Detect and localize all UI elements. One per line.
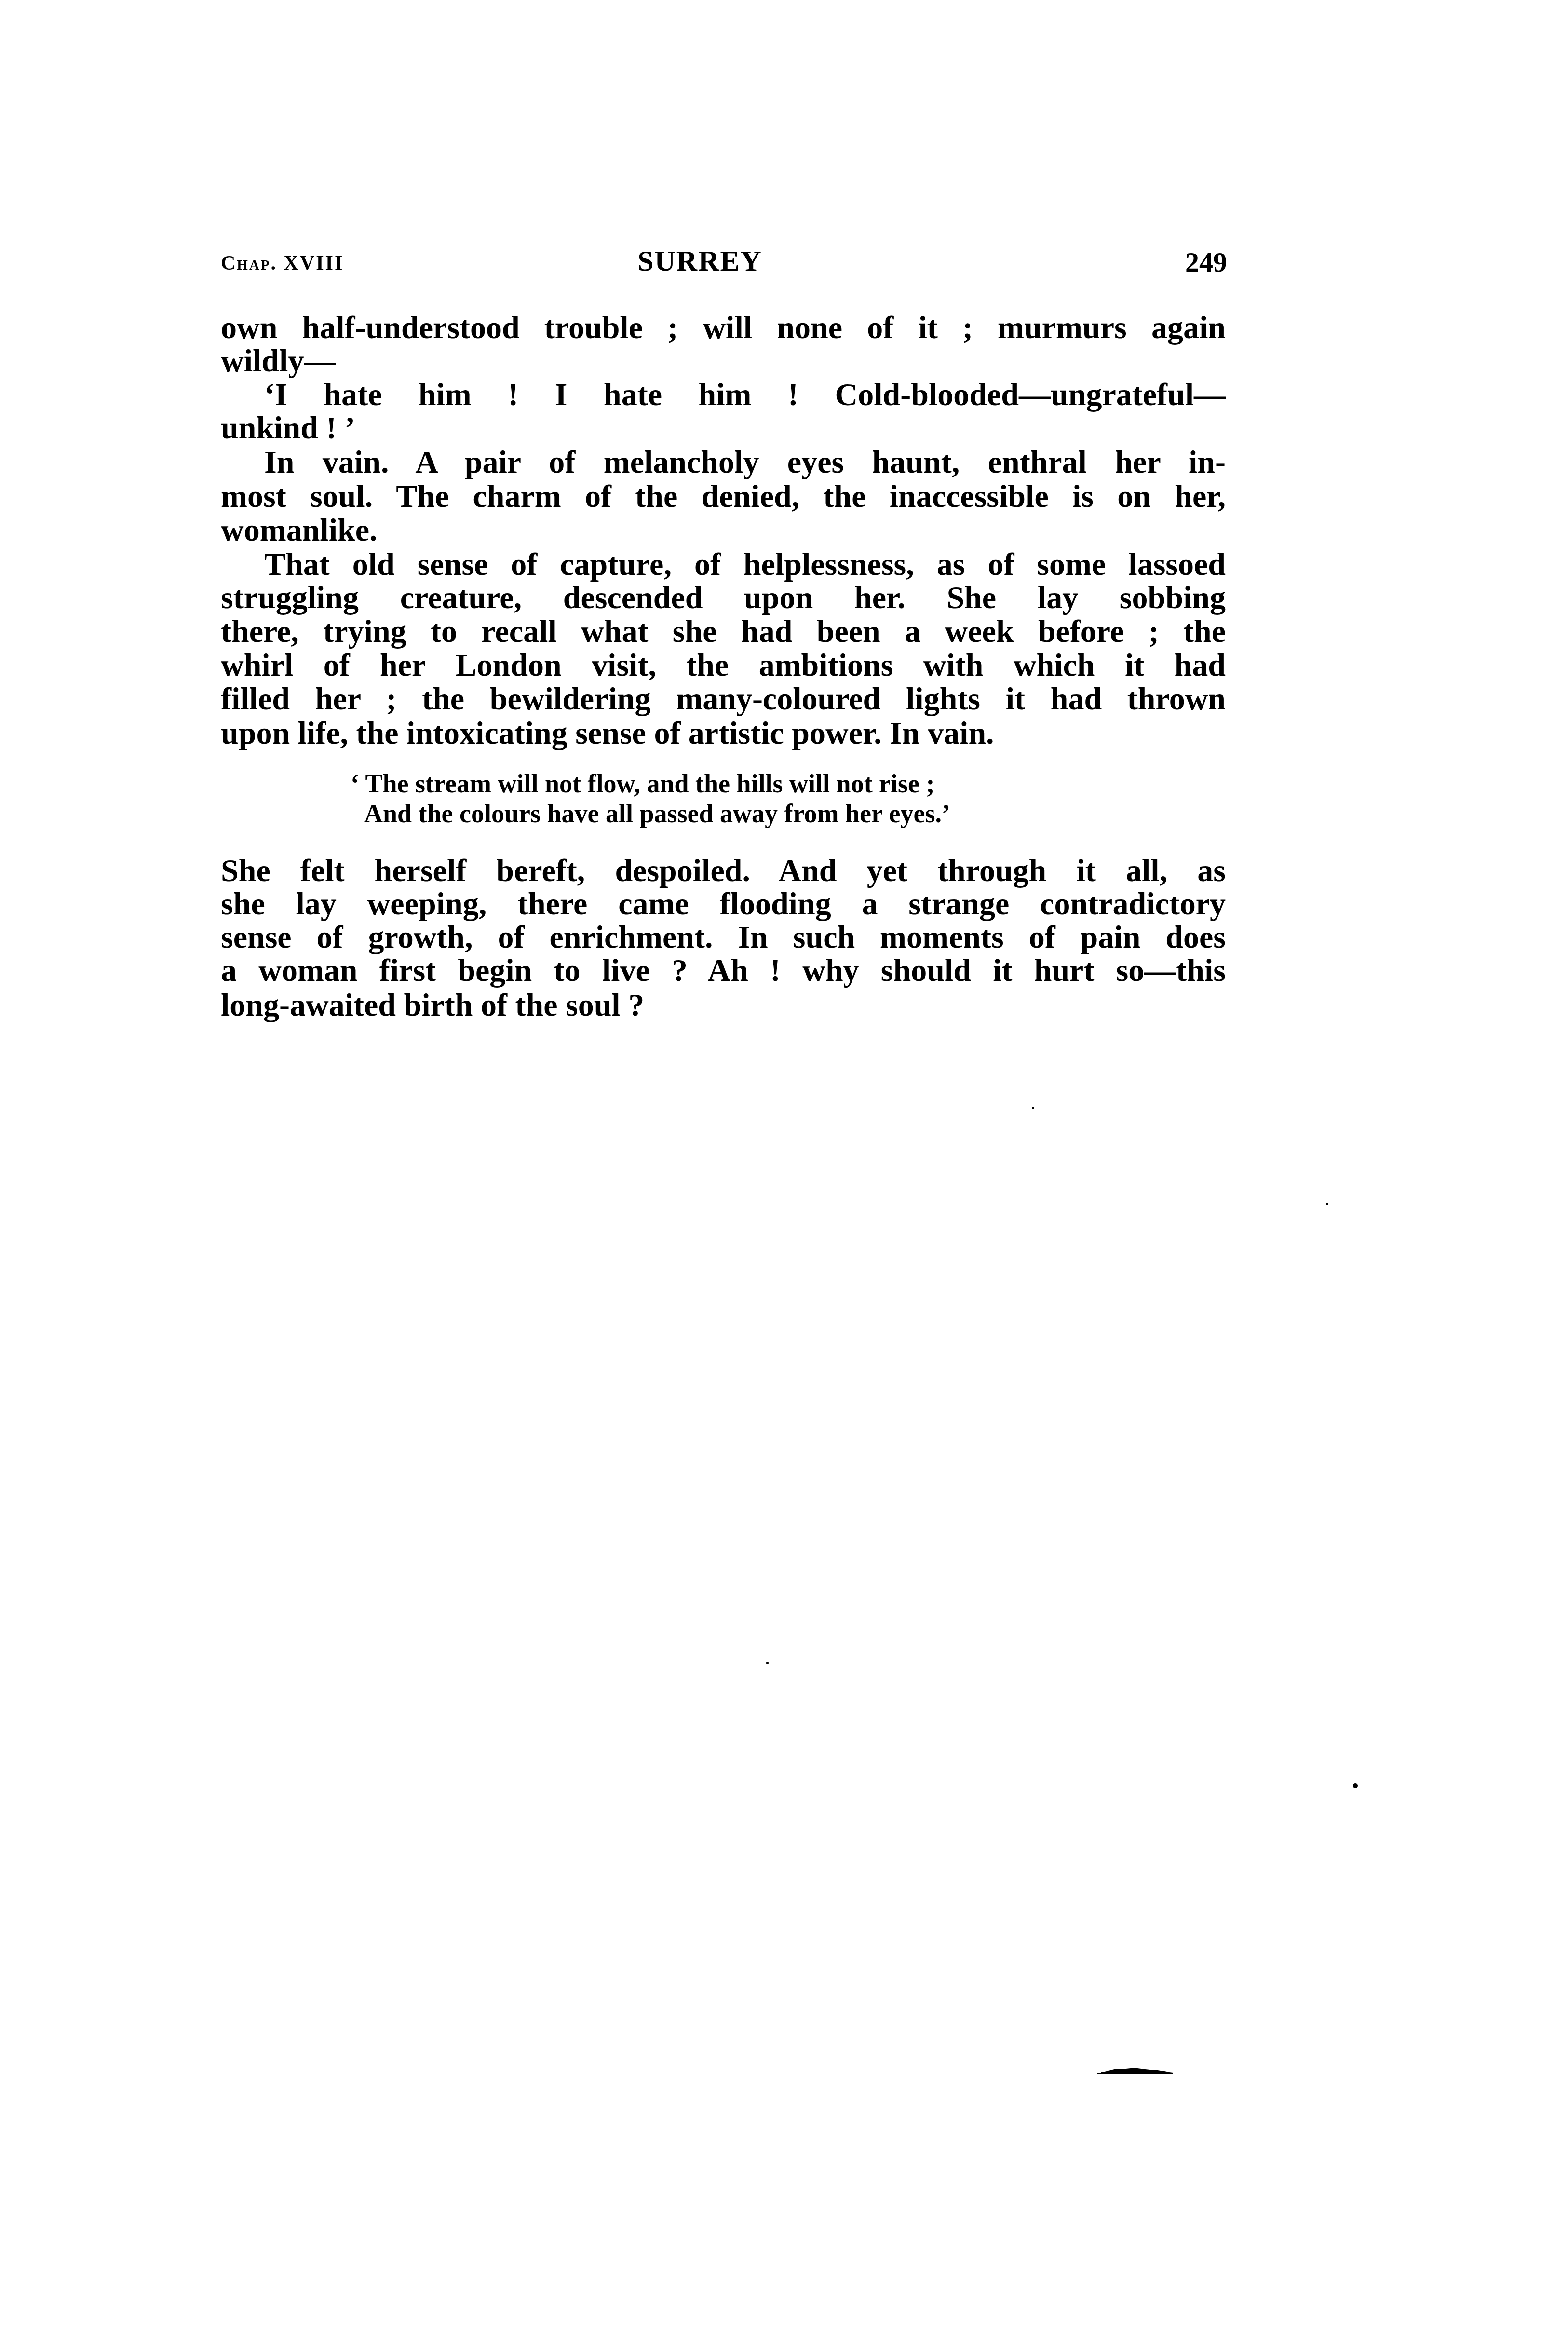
scan-speck xyxy=(1032,1107,1034,1109)
verse-line: And the colours have all passed away fro… xyxy=(364,801,950,827)
text-line: She felt herself bereft, despoiled. And … xyxy=(221,855,1226,887)
text-line: wildly— xyxy=(221,345,1226,377)
text-line: womanlike. xyxy=(221,515,1226,546)
running-title: SURREY xyxy=(197,246,1203,275)
scan-speck xyxy=(766,1662,769,1664)
scan-speck xyxy=(1353,1783,1358,1788)
text-line: most soul. The charm of the denied, the … xyxy=(221,481,1226,513)
text-line: struggling creature, descended upon her.… xyxy=(221,582,1226,614)
text-line: In vain. A pair of melancholy eyes haunt… xyxy=(221,447,1226,478)
page-number: 249 xyxy=(1185,248,1227,276)
scan-speck xyxy=(1326,1203,1328,1205)
text-line: whirl of her London visit, the ambitions… xyxy=(221,650,1226,681)
text-line: long-awaited birth of the soul ? xyxy=(221,990,1226,1021)
text-line: ‘I hate him ! I hate him ! Cold-blooded—… xyxy=(221,379,1226,411)
running-head: Chap. XVIII SURREY 249 xyxy=(221,246,1227,280)
text-line: there, trying to recall what she had bee… xyxy=(221,616,1226,648)
text-line: own half-understood trouble ; will none … xyxy=(221,312,1226,344)
tailpiece-ornament xyxy=(1097,2067,1173,2074)
text-line: filled her ; the bewildering many-colour… xyxy=(221,683,1226,715)
text-line: she lay weeping, there came flooding a s… xyxy=(221,888,1226,920)
text-line: That old sense of capture, of helplessne… xyxy=(221,549,1226,581)
book-page: Chap. XVIII SURREY 249 own half-understo… xyxy=(0,0,1568,2352)
text-line: sense of growth, of enrichment. In such … xyxy=(221,922,1226,953)
text-line: upon life, the intoxicating sense of art… xyxy=(221,718,1226,749)
text-line: a woman first begin to live ? Ah ! why s… xyxy=(221,955,1226,987)
text-line: unkind ! ’ xyxy=(221,412,1226,444)
verse-line: ‘ The stream will not flow, and the hill… xyxy=(351,771,935,797)
